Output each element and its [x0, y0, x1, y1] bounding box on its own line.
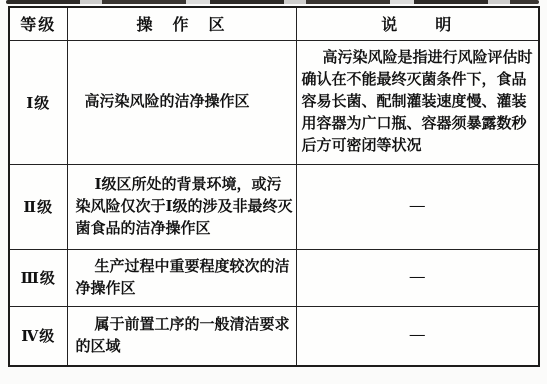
grade-2-operation-cell: Ⅰ级区所处的背景环境，或污染风险仅次于Ⅰ级的涉及非最终灭菌食品的洁净操作区 [67, 164, 296, 249]
grade-4-description-dash: — [296, 306, 539, 366]
grade-4-operation-text: 属于前置工序的一般清洁要求的区域 [68, 314, 296, 358]
grade-1-description-text: 高污染风险是指进行风险评估时确认在不能最终灭菌条件下，食品容易长菌、配制灌装速度… [297, 47, 539, 157]
cleanliness-grade-table: 等级 操 作 区 说 明 Ⅰ级 高污染风险的洁净操作区 高污染风险是指进行风险评… [8, 6, 540, 367]
header-operation-area: 操 作 区 [67, 7, 296, 40]
grade-4-label: Ⅳ级 [9, 306, 67, 366]
table-row-grade-1: Ⅰ级 高污染风险的洁净操作区 高污染风险是指进行风险评估时确认在不能最终灭菌条件… [9, 40, 539, 164]
table-row-grade-3: Ⅲ级 生产过程中重要程度较次的洁净操作区 — [9, 249, 539, 306]
table-row-grade-2: Ⅱ级 Ⅰ级区所处的背景环境，或污染风险仅次于Ⅰ级的涉及非最终灭菌食品的洁净操作区… [9, 164, 539, 249]
grade-4-operation-cell: 属于前置工序的一般清洁要求的区域 [67, 306, 296, 366]
grade-2-label: Ⅱ级 [9, 164, 67, 249]
grade-1-operation-cell: 高污染风险的洁净操作区 [67, 40, 296, 164]
grade-1-label: Ⅰ级 [9, 40, 67, 164]
grade-2-description-dash: — [296, 164, 539, 249]
grade-3-operation-cell: 生产过程中重要程度较次的洁净操作区 [67, 249, 296, 306]
header-grade: 等级 [9, 7, 67, 40]
table-row-grade-4: Ⅳ级 属于前置工序的一般清洁要求的区域 — [9, 306, 539, 366]
header-row: 等级 操 作 区 说 明 [9, 7, 539, 40]
grade-2-operation-text: Ⅰ级区所处的背景环境，或污染风险仅次于Ⅰ级的涉及非最终灭菌食品的洁净操作区 [68, 174, 296, 240]
grade-3-description-dash: — [296, 249, 539, 306]
grade-3-operation-text: 生产过程中重要程度较次的洁净操作区 [68, 256, 296, 300]
header-description: 说 明 [296, 7, 539, 40]
grade-3-label: Ⅲ级 [9, 249, 67, 306]
scanned-document-page: { "table": { "headers": { "grade": "等级",… [0, 0, 547, 384]
grade-1-description-cell: 高污染风险是指进行风险评估时确认在不能最终灭菌条件下，食品容易长菌、配制灌装速度… [296, 40, 539, 164]
grade-1-operation-text: 高污染风险的洁净操作区 [68, 91, 296, 113]
scan-artifact-line [6, 0, 539, 4]
